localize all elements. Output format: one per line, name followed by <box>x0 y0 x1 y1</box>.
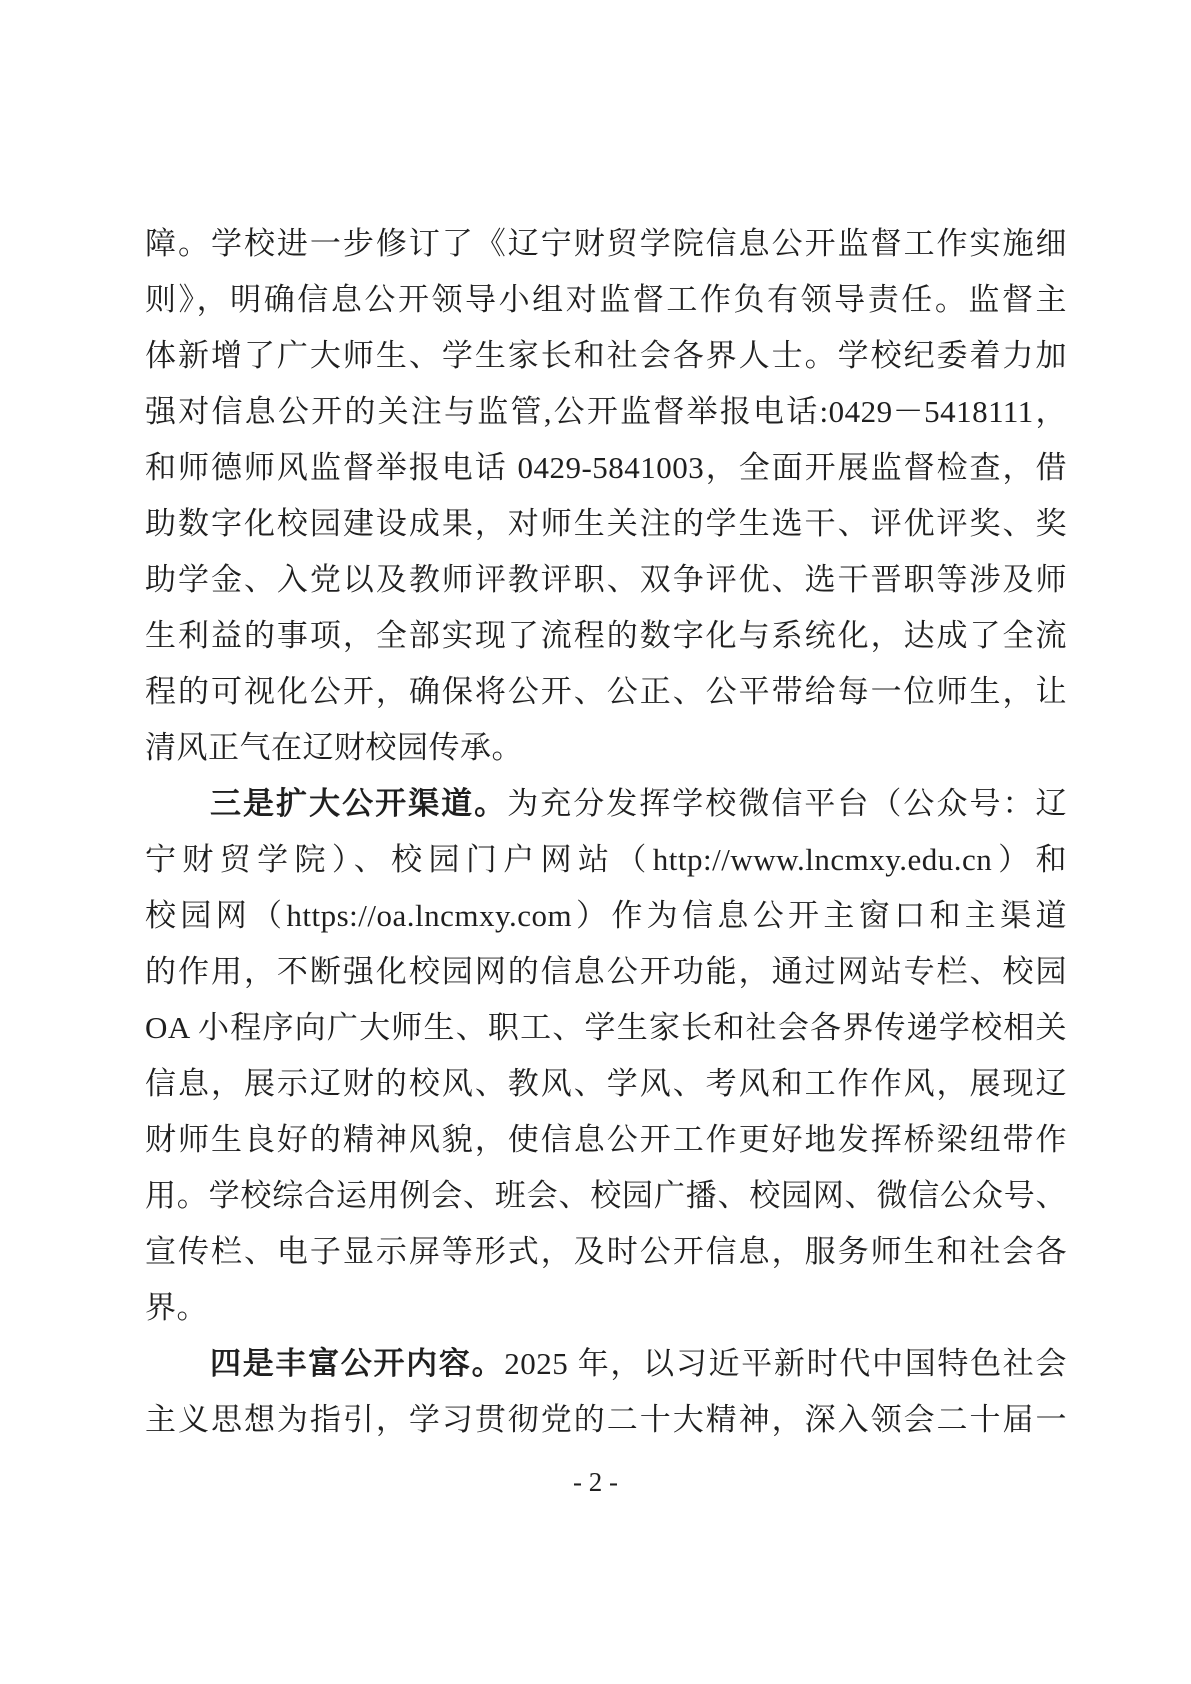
paragraph-lead-line: 四是丰富公开内容。2025 年，以习近平新时代中国特色社会 <box>145 1336 1067 1392</box>
text-line: 程的可视化公开，确保将公开、公正、公平带给每一位师生，让 <box>145 664 1067 720</box>
text-line: OA 小程序向广大师生、职工、学生家长和社会各界传递学校相关 <box>145 1000 1067 1056</box>
text-line: 体新增了广大师生、学生家长和社会各界人士。学校纪委着力加 <box>145 328 1067 384</box>
text-line-with-url: 宁财贸学院）、校园门户网站（http://www.lncmxy.edu.cn）和 <box>145 832 1067 888</box>
text-line: 宣传栏、电子显示屏等形式，及时公开信息，服务师生和社会各 <box>145 1224 1067 1280</box>
paragraph-last-line: 清风正气在辽财校园传承。 <box>145 720 1067 776</box>
text-line: 和师德师风监督举报电话 0429-5841003，全面开展监督检查，借 <box>145 440 1067 496</box>
paragraph-lead-line: 三是扩大公开渠道。为充分发挥学校微信平台（公众号：辽 <box>145 776 1067 832</box>
text-line: 的作用，不断强化校园网的信息公开功能，通过网站专栏、校园 <box>145 944 1067 1000</box>
document-body: 障。学校进一步修订了《辽宁财贸学院信息公开监督工作实施细 则》，明确信息公开领导… <box>145 216 1067 1448</box>
page-number: - 2 - <box>0 1462 1191 1502</box>
paragraph-lead-rest: 2025 年，以习近平新时代中国特色社会 <box>504 1346 1067 1381</box>
paragraph-last-line: 界。 <box>145 1280 1067 1336</box>
text-line: 则》，明确信息公开领导小组对监督工作负有领导责任。监督主 <box>145 272 1067 328</box>
text-line: 生利益的事项，全部实现了流程的数字化与系统化，达成了全流 <box>145 608 1067 664</box>
text-line: 财师生良好的精神风貌，使信息公开工作更好地发挥桥梁纽带作 <box>145 1112 1067 1168</box>
text-line: 障。学校进一步修订了《辽宁财贸学院信息公开监督工作实施细 <box>145 216 1067 272</box>
text-line: 助学金、入党以及教师评教评职、双争评优、选干晋职等涉及师 <box>145 552 1067 608</box>
document-page: 障。学校进一步修订了《辽宁财贸学院信息公开监督工作实施细 则》，明确信息公开领导… <box>0 0 1191 1684</box>
text-line: 主义思想为指引，学习贯彻党的二十大精神，深入领会二十届一 <box>145 1392 1067 1448</box>
paragraph-lead-bold: 四是丰富公开内容。 <box>210 1346 504 1381</box>
text-line: 信息，展示辽财的校风、教风、学风、考风和工作作风，展现辽 <box>145 1056 1067 1112</box>
text-line: 强对信息公开的关注与监管,公开监督举报电话:0429－5418111， <box>145 384 1067 440</box>
paragraph-lead-bold: 三是扩大公开渠道。 <box>210 786 507 821</box>
text-line: 用。学校综合运用例会、班会、校园广播、校园网、微信公众号、 <box>145 1168 1067 1224</box>
paragraph-lead-rest: 为充分发挥学校微信平台（公众号：辽 <box>507 786 1067 821</box>
text-line: 助数字化校园建设成果，对师生关注的学生选干、评优评奖、奖 <box>145 496 1067 552</box>
text-line-with-url: 校园网（https://oa.lncmxy.com）作为信息公开主窗口和主渠道 <box>145 888 1067 944</box>
